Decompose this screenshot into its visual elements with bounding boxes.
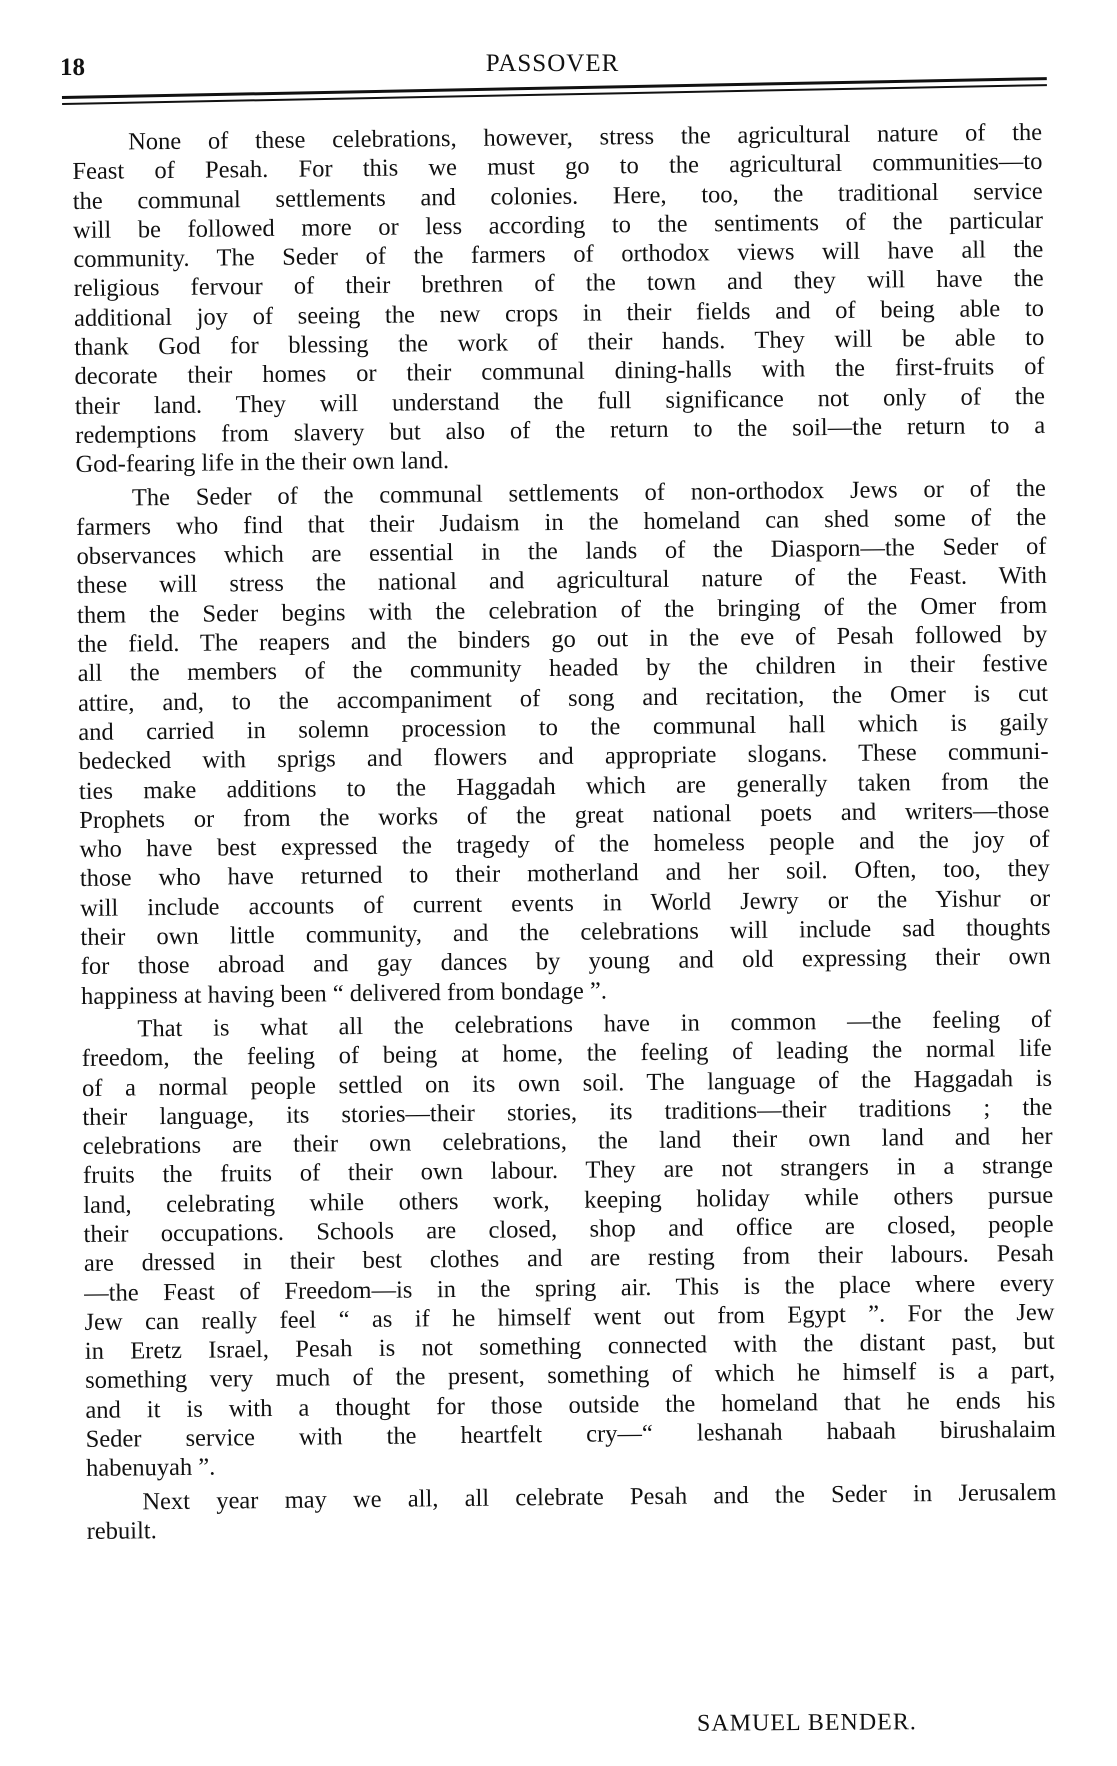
paragraph: The Seder of the communal settlements of… [76,473,1051,1010]
paragraph: None of these celebrations, however, str… [72,118,1046,480]
author-signature: SAMUEL BENDER. [697,1709,917,1738]
book-page: 18 PASSOVER None of these celebrations, … [0,0,1117,1766]
article-body: None of these celebrations, however, str… [72,118,1057,1546]
paragraph: That is what all the celebrations have i… [81,1005,1056,1484]
paragraph: Next year may we all, all celebrate Pesa… [86,1477,1057,1546]
